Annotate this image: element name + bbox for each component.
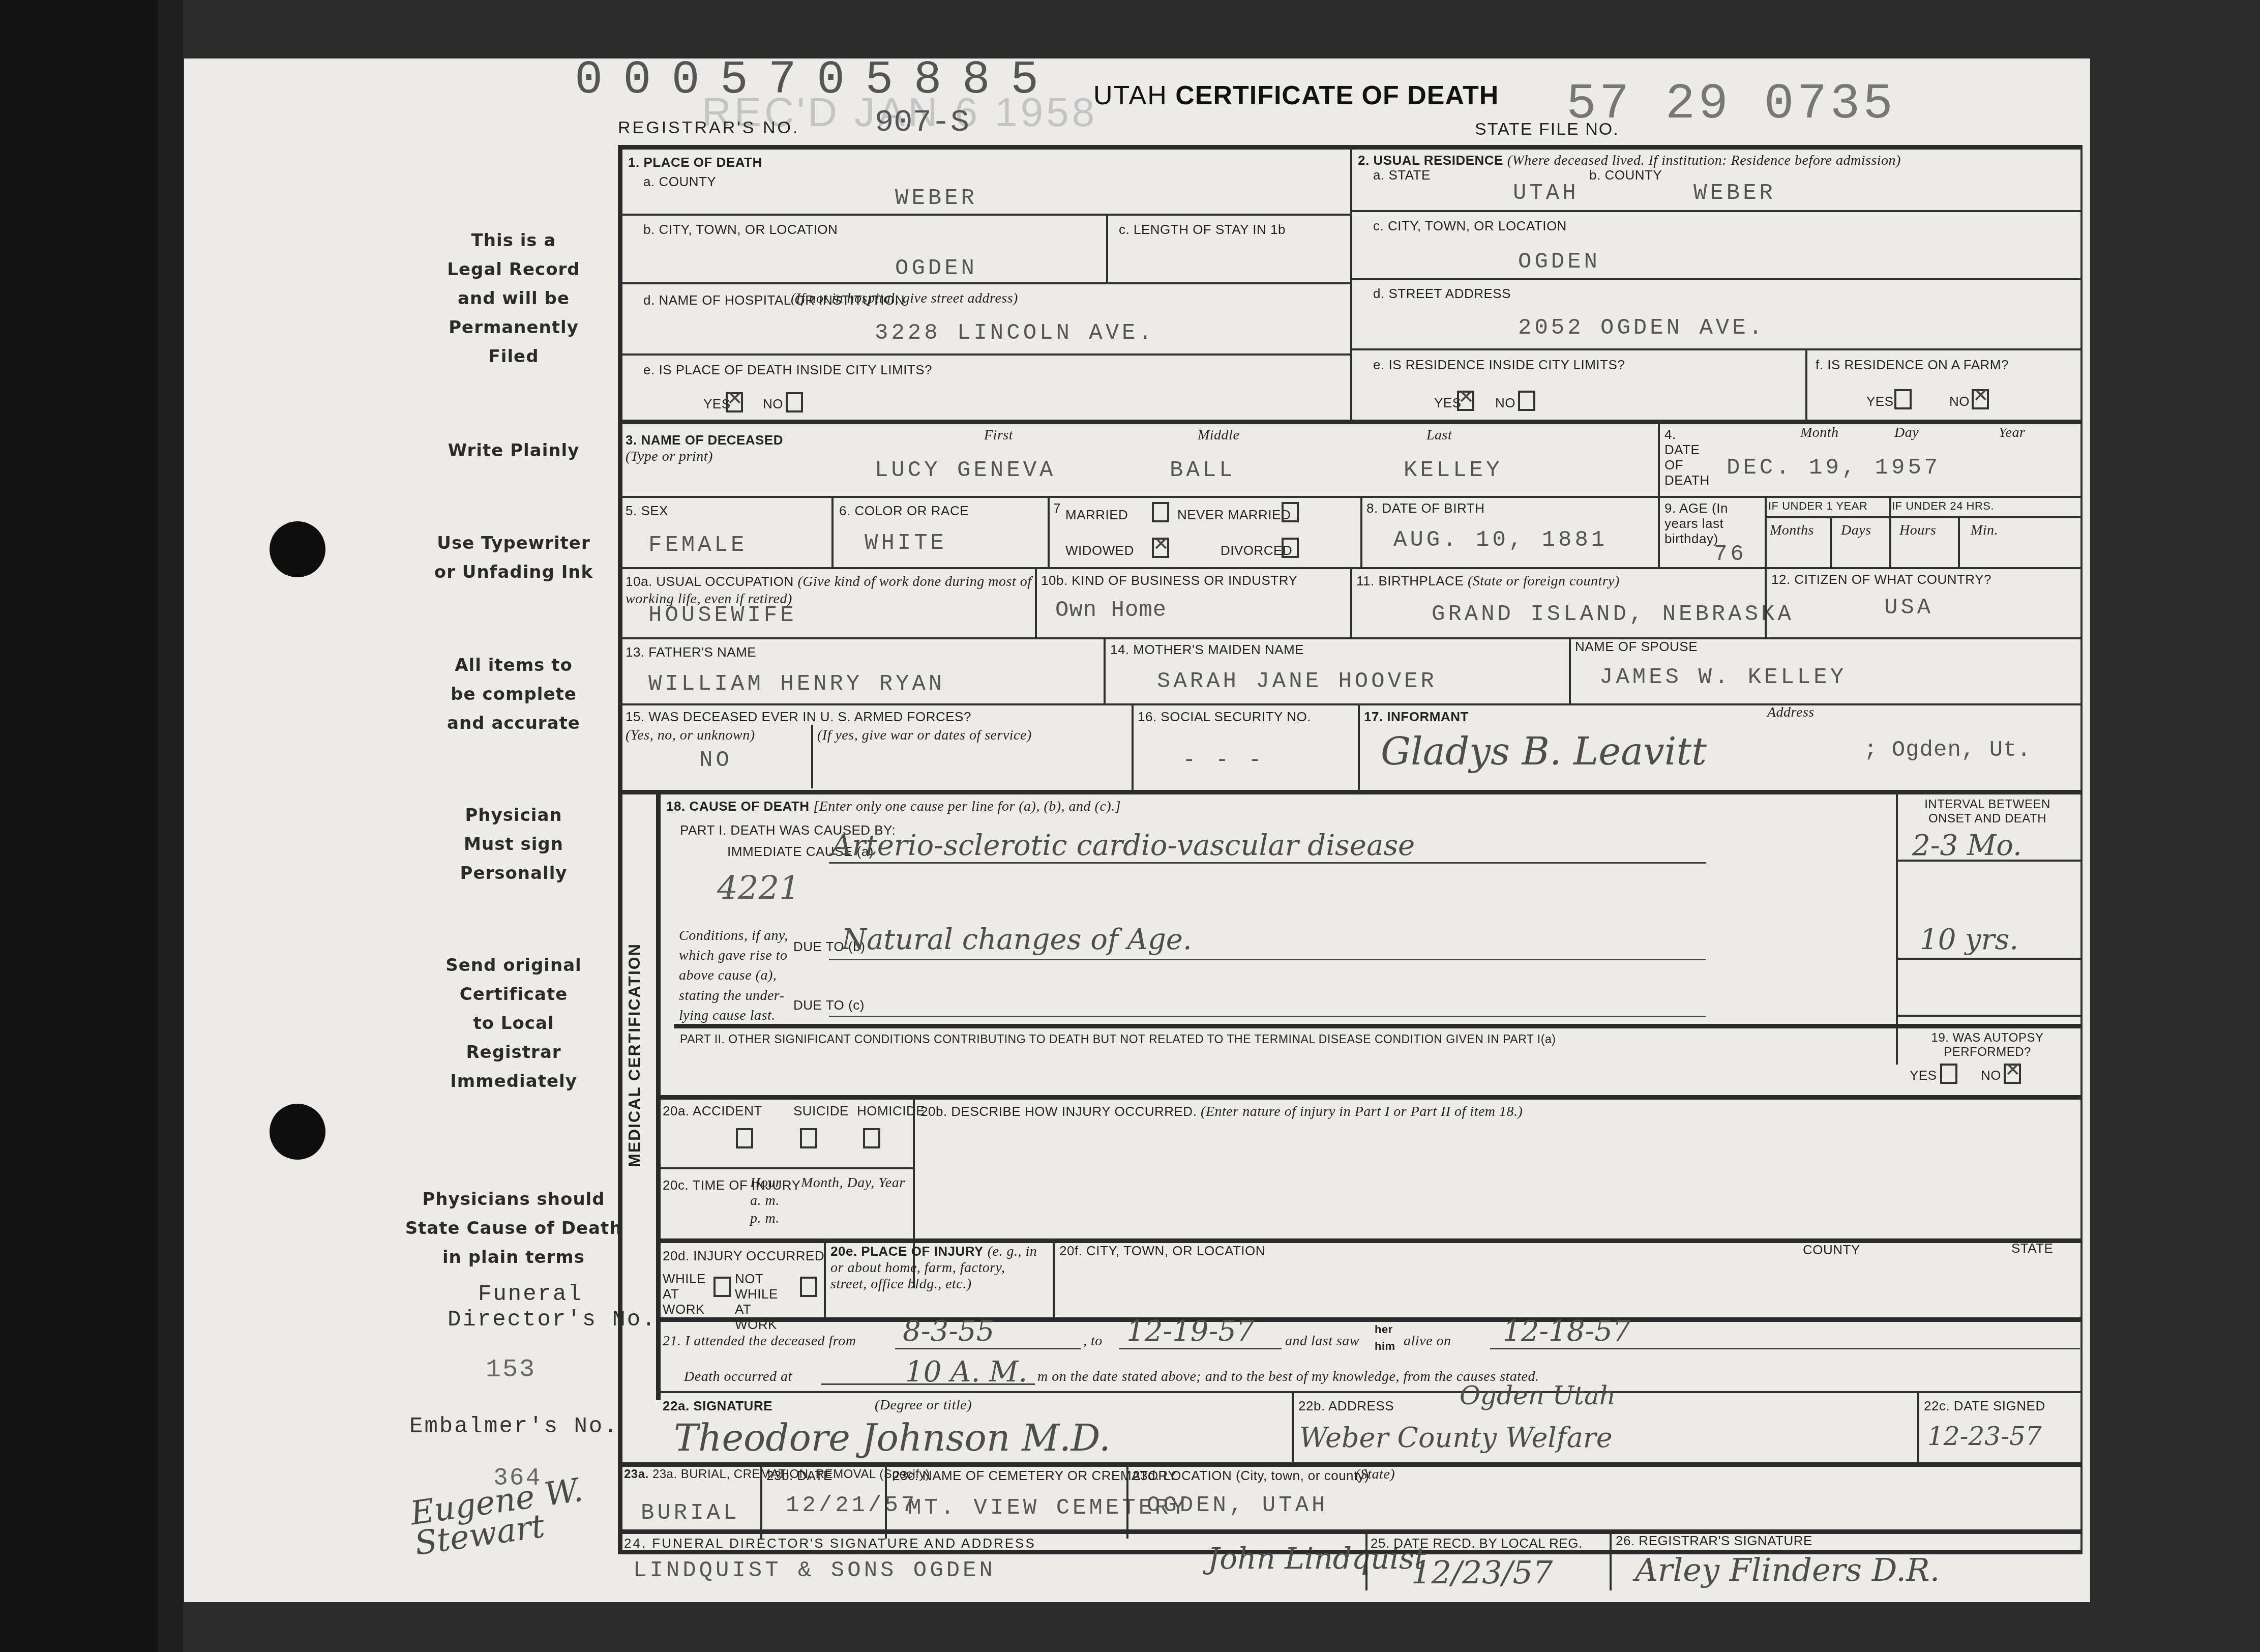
under-1yr-label: IF UNDER 1 YEAR <box>1768 499 1867 512</box>
divider <box>1805 348 1807 420</box>
while-at-work-label: WHILE AT WORK <box>663 1272 708 1317</box>
pod-city-value[interactable]: OGDEN <box>895 256 977 281</box>
pod-inside-city-label: e. IS PLACE OF DEATH INSIDE CITY LIMITS? <box>643 363 932 378</box>
margin-line: Send original <box>407 951 620 980</box>
never-married-label: NEVER MARRIED <box>1177 508 1291 523</box>
underline <box>829 862 1706 864</box>
place-injury-label: 20e. PLACE OF INJURY (e. g., in or about… <box>830 1244 1044 1293</box>
margin-note-typewriter: Use Typewriter or Unfading Ink <box>407 529 620 587</box>
date-signed-label: 22c. DATE SIGNED <box>1924 1399 2045 1414</box>
divider <box>1610 1529 1612 1590</box>
address-line2-value[interactable]: Weber County Welfare <box>1299 1422 1613 1454</box>
name-of-deceased-label: 3. NAME OF DECEASED(Type or print) <box>626 432 783 465</box>
medical-certification-label: MEDICAL CERTIFICATION <box>625 943 644 1167</box>
physician-signature[interactable]: Theodore Johnson M.D. <box>674 1417 1111 1459</box>
res-city-value[interactable]: OGDEN <box>1518 249 1600 275</box>
pm-label: p. m. <box>750 1211 780 1227</box>
pod-county-value[interactable]: WEBER <box>895 186 977 211</box>
res-street-label: d. STREET ADDRESS <box>1373 286 1511 302</box>
margin-line: Use Typewriter <box>407 529 620 558</box>
registrar-signature-label: 26. REGISTRAR'S SIGNATURE <box>1616 1533 1812 1549</box>
armed-forces-label: 15. WAS DECEASED EVER IN U. S. ARMED FOR… <box>626 710 971 725</box>
margin-note-write: Write Plainly <box>407 436 620 465</box>
state-file-no-value: 57 29 0735 <box>1566 76 1896 133</box>
occupation-value[interactable]: HOUSEWIFE <box>648 603 797 628</box>
dob-label: 8. DATE OF BIRTH <box>1366 501 1484 516</box>
ssn-label: 16. SOCIAL SECURITY NO. <box>1138 710 1311 725</box>
hospital-value[interactable]: 3228 LINCOLN AVE. <box>875 320 1155 346</box>
res-city-label: c. CITY, TOWN, OR LOCATION <box>1373 219 1567 234</box>
interval-label: INTERVAL BETWEEN ONSET AND DEATH <box>1904 798 2071 825</box>
funeral-director-no-value: 153 <box>486 1355 536 1384</box>
divider <box>618 1462 2083 1467</box>
degree-label: (Degree or title) <box>875 1397 972 1413</box>
year-label: Year <box>1999 425 2025 441</box>
divider <box>1896 790 1898 1065</box>
length-of-stay-label: c. LENGTH OF STAY IN 1b <box>1119 222 1286 238</box>
last-saw-label: and last saw <box>1285 1333 1359 1349</box>
location-value[interactable]: OGDEN, UTAH <box>1147 1493 1328 1518</box>
title-text: CERTIFICATE OF DEATH <box>1175 81 1499 110</box>
location-state-label: (State) <box>1355 1466 1395 1483</box>
divider <box>831 496 834 567</box>
last-seen-value[interactable]: 12-18-57 <box>1503 1315 1631 1348</box>
last-name-label: Last <box>1426 427 1452 444</box>
not-while-at-work-checkbox[interactable] <box>800 1277 817 1297</box>
res-street-value[interactable]: 2052 OGDEN AVE. <box>1518 315 1765 341</box>
place-of-death-label: 1. PLACE OF DEATH <box>628 155 762 170</box>
res-county-label: b. COUNTY <box>1589 168 1662 183</box>
pod-county-label: a. COUNTY <box>643 174 716 190</box>
divider <box>1658 496 1660 567</box>
divider <box>656 1095 2083 1100</box>
autopsy-no-checkbox[interactable] <box>2004 1064 2021 1084</box>
sex-value[interactable]: FEMALE <box>648 533 747 558</box>
pronoun-label: herhim <box>1375 1321 1395 1354</box>
mother-label: 14. MOTHER'S MAIDEN NAME <box>1110 642 1304 658</box>
accident-label: 20a. ACCIDENT <box>663 1104 762 1119</box>
punch-hole-icon <box>270 1104 325 1160</box>
margin-line: Permanently <box>407 313 620 342</box>
date-of-death-label: 4. DATE OF DEATH <box>1664 427 1705 488</box>
cemetery-value[interactable]: MT. VIEW CEMETERY <box>908 1495 1188 1521</box>
ssn-value[interactable]: - - - <box>1182 748 1265 773</box>
margin-note-send: Send original Certificate to Local Regis… <box>407 951 620 1096</box>
injury-county-label: COUNTY <box>1803 1243 1860 1258</box>
divider <box>1350 210 2083 212</box>
attended-label: 21. I attended the deceased from <box>663 1333 856 1349</box>
punch-hole-icon <box>270 521 325 577</box>
burial-value[interactable]: BURIAL <box>641 1500 739 1526</box>
conditions-note: Conditions, if any,which gave rise toabo… <box>679 926 788 1025</box>
marital-label: 7 <box>1053 501 1061 516</box>
burial-date-value[interactable]: 12/21/57 <box>786 1493 917 1518</box>
pod-inside-city-no-checkbox[interactable] <box>786 392 803 412</box>
divider <box>811 725 813 788</box>
title-state: UTAH <box>1093 81 1168 110</box>
dob-value[interactable]: AUG. 10, 1881 <box>1393 527 1608 553</box>
divider <box>1658 420 1660 496</box>
under-24hr-label: IF UNDER 24 HRS. <box>1892 499 1994 512</box>
res-state-value[interactable]: UTAH <box>1513 181 1579 206</box>
due-to-c-label: DUE TO (c) <box>793 998 865 1013</box>
divider <box>1917 1391 1919 1462</box>
divider <box>1830 516 1832 567</box>
date-signed-value[interactable]: 12-23-57 <box>1927 1422 2042 1451</box>
underline <box>829 959 1706 960</box>
date-recd-label: 25. DATE RECD. BY LOCAL REG. <box>1371 1536 1583 1551</box>
injury-city-label: 20f. CITY, TOWN, OR LOCATION <box>1059 1244 1265 1259</box>
underline <box>829 1016 1706 1017</box>
cause-code: 4221 <box>717 870 800 907</box>
margin-line: be complete <box>407 680 620 709</box>
informant-address-label: Address <box>1767 704 1815 721</box>
divider <box>1896 958 2083 960</box>
divider <box>1350 278 2083 280</box>
divider <box>618 637 2083 639</box>
divider <box>885 1462 887 1539</box>
middle-name-label: Middle <box>1198 427 1239 444</box>
margin-line: Physicians should <box>402 1185 626 1214</box>
divider <box>1106 214 1108 282</box>
margin-note-physicians-cause: Physicians should State Cause of Death i… <box>402 1185 626 1272</box>
divider <box>656 1167 913 1169</box>
underline <box>895 1348 1081 1349</box>
mdy-label: Month, Day, Year <box>801 1175 905 1191</box>
divider <box>1292 1391 1294 1462</box>
farm-no-checkbox[interactable] <box>1972 389 1989 409</box>
autopsy-yes-checkbox[interactable] <box>1940 1064 1957 1084</box>
divider <box>1958 516 1960 567</box>
while-at-work-checkbox[interactable] <box>713 1277 731 1297</box>
divider <box>618 703 2083 705</box>
birthplace-value[interactable]: GRAND ISLAND, NEBRASKA <box>1432 602 1794 627</box>
divider <box>618 1529 2083 1534</box>
res-state-label: a. STATE <box>1373 168 1431 183</box>
registrars-no-value: 907-S <box>875 104 969 140</box>
attended-to-value[interactable]: 12-19-57 <box>1126 1315 1255 1348</box>
divider <box>1350 567 1352 638</box>
autopsy-yes-label: YES <box>1910 1068 1937 1083</box>
margin-note-physician: Physician Must sign Personally <box>407 801 620 888</box>
father-value[interactable]: WILLIAM HENRY RYAN <box>648 671 945 697</box>
interval-b-value[interactable]: 10 yrs. <box>1920 923 2018 956</box>
margin-line: and accurate <box>407 709 620 738</box>
birthplace-label: 11. BIRTHPLACE (State or foreign country… <box>1356 573 1620 589</box>
divider <box>1765 496 1767 567</box>
not-while-at-work-label: NOT WHILE AT WORK <box>735 1272 796 1333</box>
underline <box>821 1383 1035 1385</box>
margin-line: This is a <box>407 226 620 255</box>
divider <box>1350 145 1352 420</box>
widowed-checkbox[interactable] <box>1152 538 1169 558</box>
first-name-label: First <box>984 427 1013 444</box>
signature-label: 22a. SIGNATURE <box>663 1399 772 1414</box>
hour-label: Hour <box>750 1175 781 1191</box>
margin-line: Physician <box>407 801 620 830</box>
divider <box>1896 860 2083 862</box>
due-to-b-value[interactable]: Natural changes of Age. <box>842 923 1192 956</box>
margin-line: to Local <box>407 1009 620 1038</box>
date-of-death-value[interactable]: DEC. 19, 1957 <box>1727 455 1941 481</box>
divider <box>1104 637 1106 703</box>
divider <box>1896 1015 2083 1017</box>
months-label: Months <box>1770 522 1814 539</box>
address-label: 22b. ADDRESS <box>1298 1399 1394 1414</box>
middle-name-value[interactable]: BALL <box>1170 458 1236 483</box>
funeral-director-value[interactable]: LINDQUIST & SONS OGDEN <box>633 1558 996 1583</box>
divider <box>1765 516 2083 518</box>
attended-from-value[interactable]: 8-3-55 <box>903 1315 994 1348</box>
divider <box>618 145 622 1554</box>
spouse-label: NAME OF SPOUSE <box>1575 639 1698 655</box>
res-county-value[interactable]: WEBER <box>1693 181 1776 206</box>
citizen-label: 12. CITIZEN OF WHAT COUNTRY? <box>1771 572 1991 587</box>
certificate-form: 1. PLACE OF DEATH a. COUNTY WEBER b. CIT… <box>618 145 2083 1554</box>
margin-line: Personally <box>407 859 620 888</box>
margin-line: Filed <box>407 342 620 371</box>
last-name-value[interactable]: KELLEY <box>1404 458 1502 483</box>
margin-line: Registrar <box>407 1038 620 1067</box>
divider <box>656 1238 2083 1243</box>
armed-forces-note1: (Yes, no, or unknown) <box>626 727 755 744</box>
divider <box>1365 1529 1367 1590</box>
hours-label: Hours <box>1899 522 1937 539</box>
days-label: Days <box>1841 522 1871 539</box>
margin-line: Write Plainly <box>407 436 620 465</box>
divider <box>1048 496 1050 567</box>
divider <box>618 790 2083 794</box>
divider <box>1358 703 1360 790</box>
divider <box>618 214 1350 216</box>
farm-no-label: NO <box>1949 394 1970 409</box>
usual-residence-label: 2. USUAL RESIDENCE (Where deceased lived… <box>1358 153 1901 169</box>
autopsy-label: 19. WAS AUTOPSY PERFORMED? <box>1904 1031 2071 1059</box>
divider <box>1569 637 1571 703</box>
married-label: MARRIED <box>1065 508 1128 523</box>
res-inside-city-no-checkbox[interactable] <box>1518 391 1535 411</box>
margin-line: State Cause of Death <box>402 1214 626 1243</box>
citizen-value[interactable]: USA <box>1884 595 1934 621</box>
hospital-note: (If not in hospital, give street address… <box>791 290 1018 307</box>
age-label: 9. AGE (In years last birthday) <box>1664 501 1761 547</box>
margin-line: and will be <box>407 284 620 313</box>
widowed-label: WIDOWED <box>1065 543 1134 558</box>
business-value[interactable]: Own Home <box>1055 598 1167 623</box>
informant-address-value[interactable]: ; Ogden, Ut. <box>1864 737 2031 763</box>
divider <box>618 282 1350 284</box>
injury-occurred-label: 20d. INJURY OCCURRED <box>663 1249 824 1264</box>
age-value[interactable]: 76 <box>1714 542 1747 567</box>
margin-line: or Unfading Ink <box>407 558 620 587</box>
injury-state-label: STATE <box>2011 1241 2053 1256</box>
res-inside-city-yes-checkbox[interactable] <box>1457 391 1474 411</box>
underline <box>1119 1348 1282 1349</box>
part2-label: PART II. OTHER SIGNIFICANT CONDITIONS CO… <box>680 1032 1556 1046</box>
location-label: 23d. LOCATION (City, town, or county) <box>1133 1468 1369 1484</box>
scan-background-left <box>0 0 158 1652</box>
father-label: 13. FATHER'S NAME <box>626 645 756 660</box>
divider <box>2080 145 2083 1554</box>
alive-on-label: alive on <box>1404 1333 1451 1349</box>
divider <box>618 420 2083 424</box>
race-value[interactable]: WHITE <box>865 530 947 556</box>
spouse-value[interactable]: JAMES W. KELLEY <box>1599 665 1847 690</box>
divorced-checkbox[interactable] <box>1282 538 1299 558</box>
pod-city-label: b. CITY, TOWN, OR LOCATION <box>643 222 838 238</box>
to-label: , to <box>1083 1333 1103 1349</box>
business-label: 10b. KIND OF BUSINESS OR INDUSTRY <box>1041 573 1297 588</box>
res-no-label: NO <box>1495 396 1515 411</box>
month-label: Month <box>1800 425 1839 441</box>
farm-yes-checkbox[interactable] <box>1894 389 1912 409</box>
divider <box>1350 348 2083 350</box>
never-married-checkbox[interactable] <box>1282 502 1299 522</box>
divider <box>656 1391 2083 1393</box>
address-line1-value[interactable]: Ogden Utah <box>1460 1381 1616 1410</box>
date-recd-value[interactable]: 12/23/57 <box>1411 1554 1553 1591</box>
am-label: a. m. <box>750 1193 780 1209</box>
suicide-checkbox[interactable] <box>800 1128 817 1148</box>
divider <box>1360 496 1362 567</box>
immediate-cause-value[interactable]: Arterio-sclerotic cardio-vascular diseas… <box>831 829 1415 862</box>
accident-checkbox[interactable] <box>736 1128 753 1148</box>
day-label: Day <box>1894 425 1919 441</box>
res-inside-city-label: e. IS RESIDENCE INSIDE CITY LIMITS? <box>1373 358 1625 373</box>
armed-forces-value[interactable]: NO <box>699 748 732 773</box>
farm-yes-label: YES <box>1866 394 1894 409</box>
divider <box>1765 567 1767 638</box>
divider <box>1035 567 1037 638</box>
interval-a-value[interactable]: 2-3 Mo. <box>1912 829 2022 862</box>
page-title: UTAH CERTIFICATE OF DEATH <box>1093 80 1499 111</box>
registrar-signature[interactable]: Arley Flinders D.R. <box>1635 1551 1940 1588</box>
margin-line: Immediately <box>407 1067 620 1096</box>
registrars-no-label: REGISTRAR'S NO. <box>618 118 799 138</box>
mother-value[interactable]: SARAH JANE HOOVER <box>1157 669 1437 694</box>
underline <box>1490 1348 2080 1349</box>
first-name-value[interactable]: LUCY GENEVA <box>875 458 1056 483</box>
divider <box>1889 496 1891 567</box>
suicide-label: SUICIDE <box>793 1104 849 1119</box>
funeral-director-label: 24. FUNERAL DIRECTOR'S SIGNATURE AND ADD… <box>624 1536 1036 1551</box>
married-checkbox[interactable] <box>1152 502 1169 522</box>
divider <box>1053 1238 1055 1317</box>
margin-line: Legal Record <box>407 255 620 284</box>
scan-background-edge <box>158 0 183 1652</box>
race-label: 6. COLOR OR RACE <box>839 504 969 519</box>
pod-no-label: NO <box>763 397 783 412</box>
margin-line: Must sign <box>407 830 620 859</box>
embalmer-no-label: Embalmer's No. <box>409 1414 619 1439</box>
margin-line: in plain terms <box>402 1243 626 1272</box>
sex-label: 5. SEX <box>626 504 668 519</box>
divider <box>760 1462 762 1539</box>
armed-forces-note2: (If yes, give war or dates of service) <box>817 727 1032 744</box>
divider <box>674 1024 2083 1028</box>
divider <box>1132 703 1134 790</box>
margin-line: Certificate <box>407 980 620 1009</box>
informant-signature[interactable]: Gladys B. Leavitt <box>1381 730 1707 774</box>
min-label: Min. <box>1971 522 1998 539</box>
divider <box>824 1238 826 1317</box>
farm-label: f. IS RESIDENCE ON A FARM? <box>1816 358 2009 373</box>
margin-note-items: All items to be complete and accurate <box>407 651 620 738</box>
margin-note-legal: This is a Legal Record and will be Perma… <box>407 226 620 371</box>
divider <box>1126 1462 1128 1539</box>
pod-inside-city-yes-checkbox[interactable] <box>726 392 743 412</box>
cause-of-death-label: 18. CAUSE OF DEATH [Enter only one cause… <box>666 799 1121 815</box>
divider <box>656 1317 2083 1322</box>
divider <box>618 353 1350 356</box>
informant-label: 17. INFORMANT <box>1364 710 1469 725</box>
burial-date-label: 23b. DATE <box>766 1468 832 1484</box>
divider <box>618 496 2083 498</box>
margin-line: All items to <box>407 651 620 680</box>
autopsy-no-label: NO <box>1981 1068 2001 1083</box>
injury-desc-label: 20b. DESCRIBE HOW INJURY OCCURRED. (Ente… <box>920 1104 1523 1120</box>
homicide-checkbox[interactable] <box>863 1128 880 1148</box>
death-occurred-label: Death occurred at <box>684 1368 792 1385</box>
